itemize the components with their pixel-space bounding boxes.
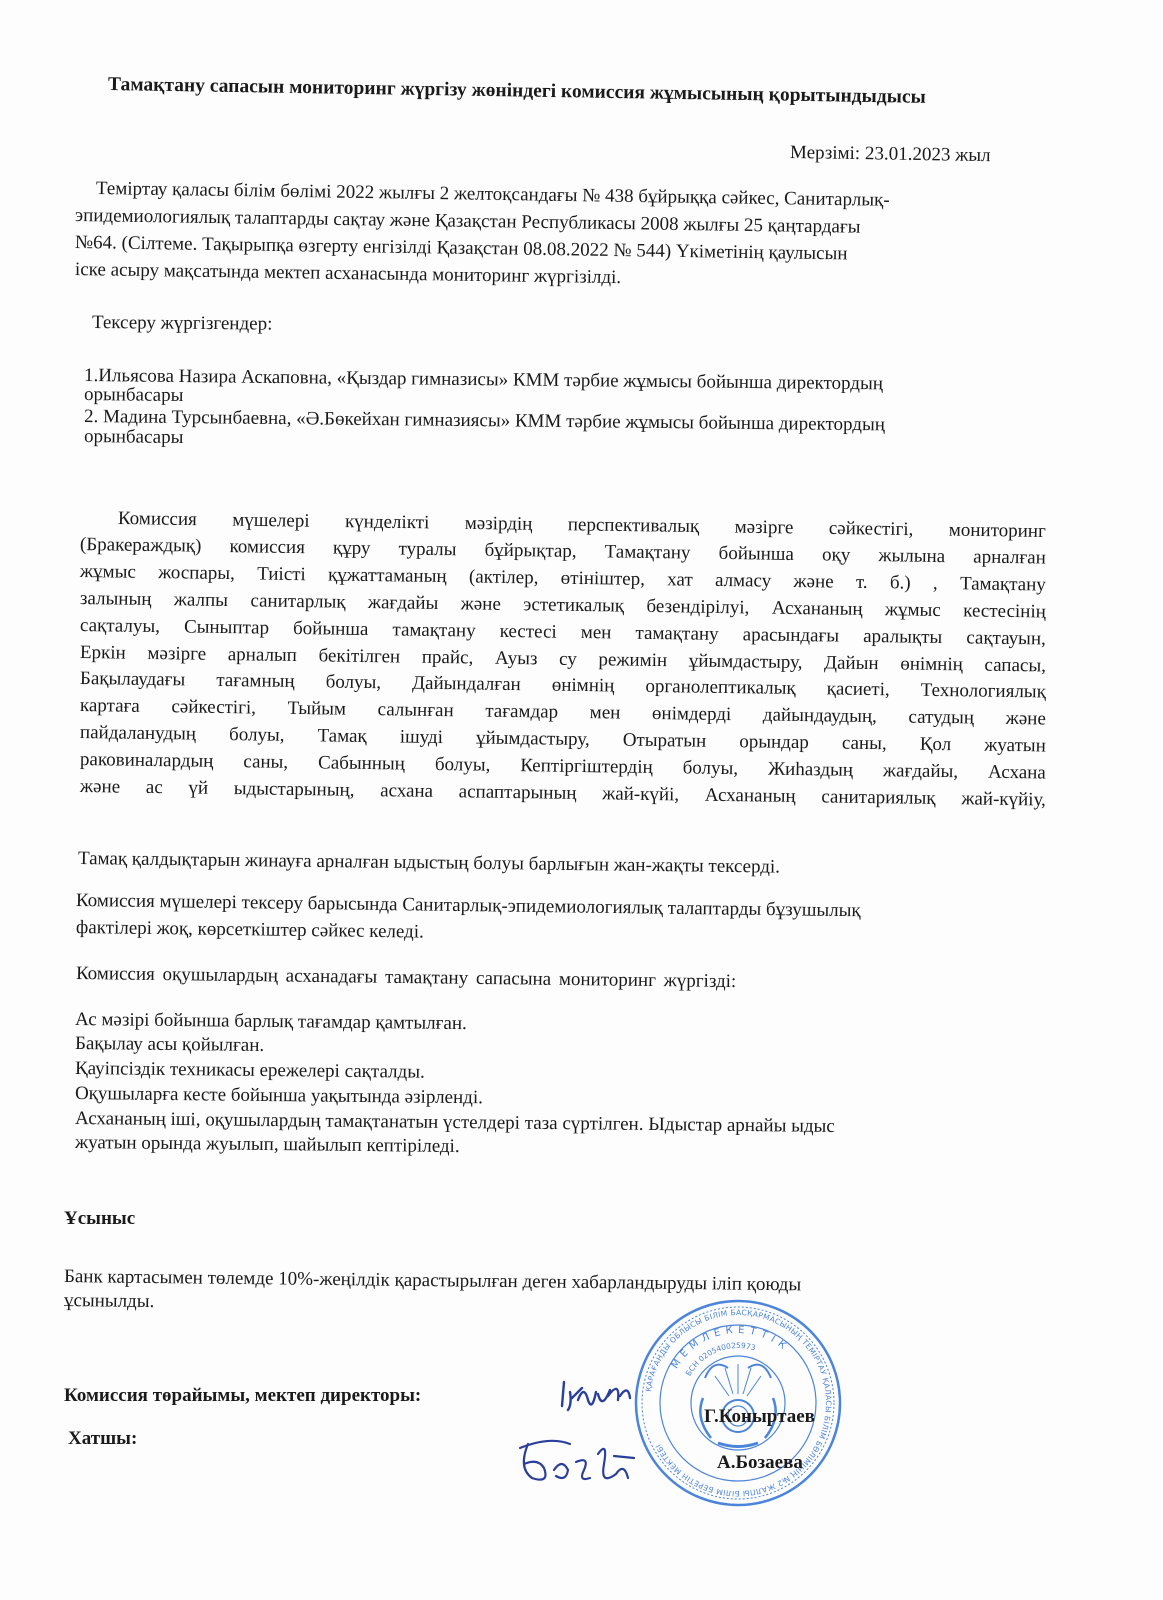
- word: және: [793, 571, 833, 594]
- monitoring-intro: Комиссия оқушылардың асханадағы тамақтан…: [76, 963, 737, 993]
- word: болуы,: [326, 671, 382, 694]
- word: саны,: [243, 751, 288, 774]
- word: безендірілуі,: [646, 596, 749, 619]
- word: (Бракераждық): [80, 534, 202, 558]
- word: санитарлық: [250, 590, 345, 613]
- word: дайындаудың,: [763, 705, 877, 729]
- word: (актілер,: [469, 566, 539, 589]
- word: болуы,: [683, 757, 739, 780]
- document-title: Тамақтану сапасын мониторинг жүргізу жөн…: [108, 74, 1068, 111]
- word: Тамақ: [317, 725, 366, 748]
- word: тамақтану: [392, 619, 475, 642]
- word: Еркін: [80, 642, 126, 665]
- word: жұмыс: [80, 561, 136, 584]
- word: бекітілген: [318, 645, 400, 668]
- recommendation-line: Банк картасымен төлемде 10%-жеңілдік қар…: [64, 1266, 801, 1296]
- result-item: Оқушыларға кесте бойынша уақытында әзірл…: [75, 1083, 483, 1109]
- result-item: жуатын орында жуылып, шайылып кептірілед…: [75, 1132, 460, 1158]
- word: құру: [333, 538, 371, 561]
- inspector-2-line2: орынбасары: [84, 426, 184, 449]
- word: сақталуы,: [80, 615, 160, 638]
- findings-line: Комиссия мүшелері тексеру барысында Сани…: [76, 890, 861, 922]
- word: бұйрықтар,: [484, 540, 576, 563]
- chair-signature-icon: [558, 1370, 648, 1420]
- word: Дайын: [824, 652, 879, 675]
- word: Комиссия: [118, 508, 197, 531]
- word: Кептіргіштердің: [520, 755, 653, 779]
- word: ұйымдастыру,: [476, 728, 590, 752]
- word: кестесінің: [963, 600, 1046, 623]
- intro-line: іске асыру мақсатында мектеп асханасында…: [75, 259, 621, 289]
- word: Тиісті: [257, 563, 306, 586]
- word: раковиналардың: [80, 749, 214, 773]
- word: арасындағы: [743, 624, 840, 647]
- word: саны,: [842, 733, 887, 756]
- word: санитариялық: [821, 786, 936, 810]
- word: ішуді: [400, 726, 443, 749]
- word: Бақылаудағы: [80, 668, 186, 691]
- word: пайдаланудың: [80, 722, 196, 746]
- word: картаға: [80, 695, 140, 718]
- word: Қол: [920, 734, 952, 756]
- word: өтініштер,: [561, 568, 645, 591]
- word: хат: [667, 569, 693, 591]
- word: салынған: [377, 699, 453, 722]
- inspector-1-line1: 1.Ильясова Назира Аскаповна, «Қыздар гим…: [84, 365, 883, 395]
- word: жай-күйі,: [602, 783, 679, 806]
- word: Асхана: [988, 762, 1046, 785]
- word: Технологиялық: [921, 680, 1046, 704]
- word: сатудың: [908, 707, 974, 730]
- word: өнімнің: [552, 675, 615, 698]
- word: жай-күйіу,: [961, 788, 1046, 811]
- inspector-2-line1: 2. Мадина Турсынбаевна, «Ә.Бөкейхан гимн…: [84, 406, 885, 436]
- word: Сыныптар: [184, 616, 269, 639]
- word: жағдайы,: [883, 760, 958, 783]
- chair-name: Г.Коныртаев: [704, 1406, 815, 1428]
- inspectors-heading: Тексеру жүргізгендер:: [92, 312, 273, 336]
- secretary-signature-icon: [510, 1434, 660, 1494]
- word: орындар: [739, 731, 809, 754]
- word: органолептикалық: [645, 676, 796, 700]
- word: және: [1006, 708, 1046, 731]
- document-date: Мерзімі: 23.01.2023 жыл: [790, 142, 991, 167]
- word: тағамдар: [485, 701, 558, 724]
- checks-last-line: Тамақ қалдықтарын жинауға арналған ыдыст…: [78, 848, 780, 879]
- word: алмасу: [715, 570, 771, 593]
- word: мәзірге: [735, 517, 794, 540]
- word: перспективалық: [568, 514, 700, 538]
- word: сәйкестігі,: [829, 518, 914, 541]
- word: тағамның: [216, 670, 295, 693]
- word: сақтауын,: [966, 627, 1046, 650]
- word: оқу: [822, 544, 851, 566]
- document-page: Тамақтану сапасын мониторинг жүргізу жөн…: [0, 0, 1163, 1600]
- word: Асхананың: [705, 785, 796, 808]
- word: қасиеті,: [827, 678, 890, 701]
- word: өнімдерді: [652, 703, 732, 726]
- word: б.): [890, 572, 911, 594]
- word: болуы,: [435, 754, 491, 777]
- word: болуы,: [229, 724, 285, 747]
- secretary-label: Хатшы:: [68, 1428, 137, 1450]
- word: мүшелері: [232, 510, 310, 533]
- word: Дайындалған: [412, 673, 521, 697]
- word: Тамақтану: [960, 573, 1046, 596]
- result-item: Бақылау асы қойылған.: [75, 1033, 264, 1057]
- word: залының: [80, 588, 152, 611]
- word: аралықты: [863, 626, 942, 649]
- word: тамақтану: [635, 623, 718, 646]
- word: мониторинг: [949, 520, 1046, 543]
- result-item: Қауіпсіздік техникасы ережелері сақталды…: [75, 1058, 425, 1084]
- word: прайс,: [422, 647, 474, 670]
- word: бойынша: [293, 618, 369, 641]
- word: жағдайы: [368, 592, 439, 615]
- word: бойынша: [718, 543, 794, 566]
- word: құжаттаманың: [328, 564, 447, 588]
- word: Отыратын: [623, 730, 707, 753]
- word: сапасы,: [984, 655, 1046, 678]
- word: ас: [146, 777, 163, 799]
- word: жылына: [878, 545, 945, 568]
- word: үй: [188, 778, 208, 800]
- word: мәзірдің: [465, 513, 533, 536]
- word: жұмыс: [885, 599, 941, 622]
- inspector-1-line2: орынбасары: [84, 384, 184, 407]
- word: күнделікті: [345, 511, 430, 534]
- word: Тамақтану: [605, 541, 691, 564]
- word: Сабынның: [318, 752, 405, 775]
- word: Асхананың: [772, 598, 863, 621]
- word: ыдыстарының,: [234, 778, 355, 802]
- word: жалпы: [174, 589, 228, 612]
- word: комиссия: [229, 536, 305, 559]
- official-stamp-icon: ҚАРАҒАНДЫ ОБЛЫСЫ БІЛІМ БАСҚАРМАСЫНЫҢ ТЕМ…: [633, 1298, 843, 1508]
- word: кестесі: [500, 621, 557, 644]
- word: Ауыз: [495, 648, 538, 671]
- word: т.: [856, 572, 868, 594]
- word: өнімнің: [900, 653, 963, 676]
- word: Жиһаздың: [768, 759, 853, 782]
- secretary-name: А.Бозаева: [717, 1452, 803, 1474]
- word: эстетикалық: [523, 594, 624, 617]
- chair-label: Комиссия төрайымы, мектеп директоры:: [64, 1385, 421, 1407]
- word: Тыйым: [287, 698, 346, 721]
- word: мен: [590, 702, 621, 724]
- word: мен: [581, 622, 612, 644]
- word: мәзірге: [147, 643, 206, 666]
- recommendation-line: ұсынылды.: [64, 1290, 155, 1313]
- result-item: Ас мәзірі бойынша барлық тағамдар қамтыл…: [75, 1009, 467, 1035]
- word: арналып: [228, 644, 297, 667]
- word: жуатын: [984, 735, 1046, 758]
- word: режимін: [598, 649, 667, 672]
- word: және: [461, 593, 501, 616]
- word: жоспары,: [158, 562, 235, 585]
- word: ұйымдастыру,: [689, 651, 803, 675]
- word: ,: [933, 573, 938, 595]
- recommendation-heading: Ұсыныс: [64, 1208, 135, 1230]
- word: сәйкестігі,: [171, 696, 256, 719]
- word: туралы: [398, 538, 456, 561]
- word: және: [80, 776, 120, 799]
- findings-line: фактілері жоқ, көрсеткіштер сәйкес келед…: [76, 917, 424, 944]
- word: арналған: [973, 546, 1046, 569]
- word: асхана: [380, 780, 433, 803]
- word: су: [559, 649, 577, 671]
- word: аспаптарының: [459, 781, 577, 805]
